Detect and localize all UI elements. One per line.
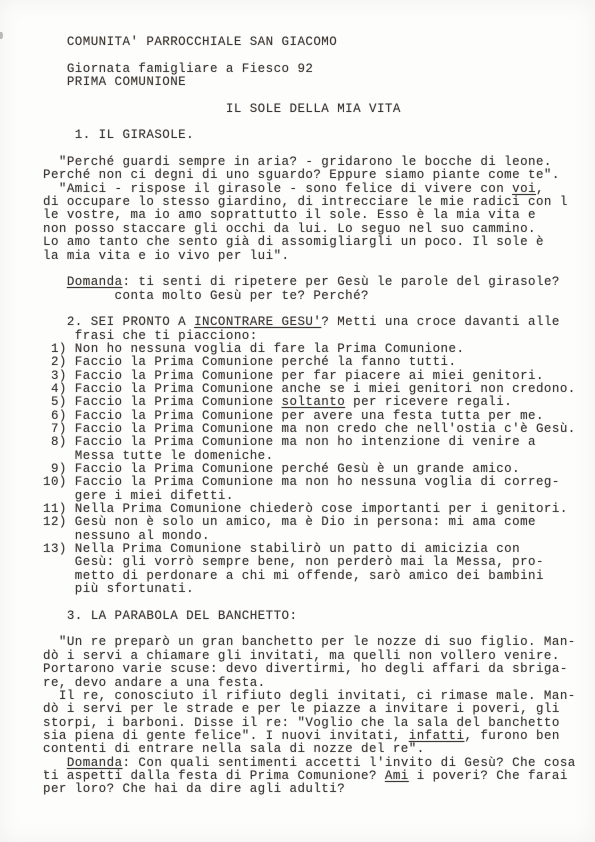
text-segment: per loro? Che hai da dire agli adulti? <box>43 782 345 796</box>
text-segment: 4) Faccio la Prima Comunione anche se i … <box>43 382 576 396</box>
text-line <box>43 49 576 62</box>
text-segment: Messa tutte le domeniche. <box>43 449 274 463</box>
text-line: 2. SEI PRONTO A INCONTRARE GESU'? Metti … <box>43 316 576 329</box>
text-segment: "Perché guardi sempre in aria? - gridaro… <box>43 155 552 169</box>
text-segment: re, devo andare a una festa. <box>43 676 266 690</box>
underlined-text-segment: Domanda <box>67 756 123 770</box>
document-text: COMUNITA' PARROCCHIALE SAN GIACOMO Giorn… <box>43 36 576 797</box>
underlined-text-segment: Ami <box>385 769 409 783</box>
text-segment: PRIMA COMUNIONE <box>43 75 186 89</box>
text-line: Domanda: Con quali sentimenti accetti l'… <box>43 757 576 770</box>
text-segment: "Un re preparò un gran banchetto per le … <box>43 635 576 649</box>
text-segment: Portarono varie scuse: devo divertirmi, … <box>43 662 568 676</box>
text-segment <box>43 756 67 770</box>
underlined-text-segment: voi <box>512 182 536 196</box>
text-line: "Un re preparò un gran banchetto per le … <box>43 636 576 649</box>
text-line: 8) Faccio la Prima Comunione ma non ho i… <box>43 436 576 449</box>
text-line: Messa tutte le domeniche. <box>43 450 576 463</box>
text-segment: 11) Nella Prima Comunione chiederò cose … <box>43 502 568 516</box>
text-segment: : ti senti di ripetere per Gesù le parol… <box>123 275 560 289</box>
text-line: PRIMA COMUNIONE <box>43 76 576 89</box>
text-line: per loro? Che hai da dire agli adulti? <box>43 783 576 796</box>
text-segment: COMUNITA' PARROCCHIALE SAN GIACOMO <box>43 35 337 49</box>
text-line: 12) Gesù non è solo un amico, ma è Dio i… <box>43 516 576 529</box>
text-segment: non posso staccare gli occhi da lui. Lo … <box>43 222 536 236</box>
underlined-text-segment: soltanto <box>282 395 346 409</box>
text-segment: , furono ben <box>464 729 559 743</box>
text-segment: 8) Faccio la Prima Comunione ma non ho i… <box>43 435 536 449</box>
text-line: 6) Faccio la Prima Comunione per avere u… <box>43 410 576 423</box>
scan-speck <box>44 770 46 772</box>
text-segment: sia piena di gente felice". I nuovi invi… <box>43 729 409 743</box>
text-segment: 9) Faccio la Prima Comunione perché Gesù… <box>43 462 520 476</box>
text-segment: 12) Gesù non è solo un amico, ma è Dio i… <box>43 515 536 529</box>
text-segment: i poveri? Che farai <box>409 769 568 783</box>
text-line: 5) Faccio la Prima Comunione soltanto pe… <box>43 396 576 409</box>
text-line: 2) Faccio la Prima Comunione perché la f… <box>43 356 576 369</box>
text-segment: 5) Faccio la Prima Comunione <box>43 395 282 409</box>
text-segment: più sfortunati. <box>43 582 194 596</box>
text-line: Gesù: gli vorrò sempre bene, non perderò… <box>43 556 576 569</box>
text-segment: contenti di entrare nella sala di nozze … <box>43 742 425 756</box>
text-segment: ti aspetti dalla festa di Prima Comunion… <box>43 769 385 783</box>
text-segment: 2) Faccio la Prima Comunione perché la f… <box>43 355 456 369</box>
text-segment: ? Metti una croce davanti alle <box>321 315 560 329</box>
text-segment: , <box>536 182 544 196</box>
text-line: più sfortunati. <box>43 583 576 596</box>
text-segment: dò i servi a chiamare gli invitati, ma q… <box>43 649 560 663</box>
text-segment: Giornata famigliare a Fiesco 92 <box>43 62 313 76</box>
text-segment: Lo amo tanto che sento già di assomiglia… <box>43 235 544 249</box>
text-segment: 7) Faccio la Prima Comunione ma non cred… <box>43 422 576 436</box>
text-segment: gere i miei difetti. <box>43 489 234 503</box>
text-segment: 1) Non ho nessuna voglia di fare la Prim… <box>43 342 464 356</box>
text-line <box>43 596 576 609</box>
text-segment: per ricevere regali. <box>345 395 512 409</box>
text-segment: Perché non ci degni di uno sguardo? Eppu… <box>43 168 560 182</box>
text-segment: 3) Faccio la Prima Comunione per far pia… <box>43 369 544 383</box>
text-line: COMUNITA' PARROCCHIALE SAN GIACOMO <box>43 36 576 49</box>
text-segment: IL SOLE DELLA MIA VITA <box>43 102 401 116</box>
text-line <box>43 89 576 102</box>
text-segment: dò i servi per le strade e per le piazze… <box>43 702 560 716</box>
text-line: frasi che ti piacciono: <box>43 330 576 343</box>
text-line: le vostre, ma io amo soprattutto il sole… <box>43 209 576 222</box>
text-segment: "Amici - rispose il girasole - sono feli… <box>43 182 512 196</box>
text-line: Lo amo tanto che sento già di assomiglia… <box>43 236 576 249</box>
text-segment: Gesù: gli vorrò sempre bene, non perderò… <box>43 555 544 569</box>
text-segment: storpi, i barboni. Disse il re: "Voglio … <box>43 716 560 730</box>
text-segment: nessuno al mondo. <box>43 529 210 543</box>
text-segment: 6) Faccio la Prima Comunione per avere u… <box>43 409 544 423</box>
text-segment: la mia vita e io vivo per lui". <box>43 249 290 263</box>
text-line: 3. LA PARABOLA DEL BANCHETTO: <box>43 610 576 623</box>
text-segment: frasi che ti piacciono: <box>43 329 258 343</box>
text-segment: 2. SEI PRONTO A <box>43 315 194 329</box>
text-segment: 10) Faccio la Prima Comunione ma non ho … <box>43 475 560 489</box>
text-segment: 13) Nella Prima Comunione stabilirò un p… <box>43 542 520 556</box>
text-segment: le vostre, ma io amo soprattutto il sole… <box>43 208 536 222</box>
text-segment: 3. LA PARABOLA DEL BANCHETTO: <box>43 609 297 623</box>
text-line: 10) Faccio la Prima Comunione ma non ho … <box>43 476 576 489</box>
text-line: contenti di entrare nella sala di nozze … <box>43 743 576 756</box>
underlined-text-segment: INCONTRARE GESU' <box>194 315 321 329</box>
text-line: dò i servi per le strade e per le piazze… <box>43 703 576 716</box>
text-segment: Il re, conosciuto il rifiuto degli invit… <box>43 689 576 703</box>
text-segment: conta molto Gesù per te? Perché? <box>43 289 369 303</box>
underlined-text-segment: infatti <box>409 729 465 743</box>
text-line: IL SOLE DELLA MIA VITA <box>43 103 576 116</box>
text-line: re, devo andare a una festa. <box>43 677 576 690</box>
text-line: Portarono varie scuse: devo divertirmi, … <box>43 663 576 676</box>
document-page: COMUNITA' PARROCCHIALE SAN GIACOMO Giorn… <box>0 0 595 842</box>
text-line: conta molto Gesù per te? Perché? <box>43 290 576 303</box>
text-line: la mia vita e io vivo per lui". <box>43 250 576 263</box>
text-segment: metto di perdonare a chi mi offende, sar… <box>43 569 544 583</box>
text-line: 1. IL GIRASOLE. <box>43 129 576 142</box>
text-line: Perché non ci degni di uno sguardo? Eppu… <box>43 169 576 182</box>
text-segment <box>43 275 67 289</box>
text-line: storpi, i barboni. Disse il re: "Voglio … <box>43 717 576 730</box>
text-line: Domanda: ti senti di ripetere per Gesù l… <box>43 276 576 289</box>
underlined-text-segment: Domanda <box>67 275 123 289</box>
text-line: 3) Faccio la Prima Comunione per far pia… <box>43 370 576 383</box>
scan-speck <box>0 32 3 39</box>
text-segment: 1. IL GIRASOLE. <box>43 128 194 142</box>
text-segment: : Con quali sentimenti accetti l'invito … <box>123 756 576 770</box>
